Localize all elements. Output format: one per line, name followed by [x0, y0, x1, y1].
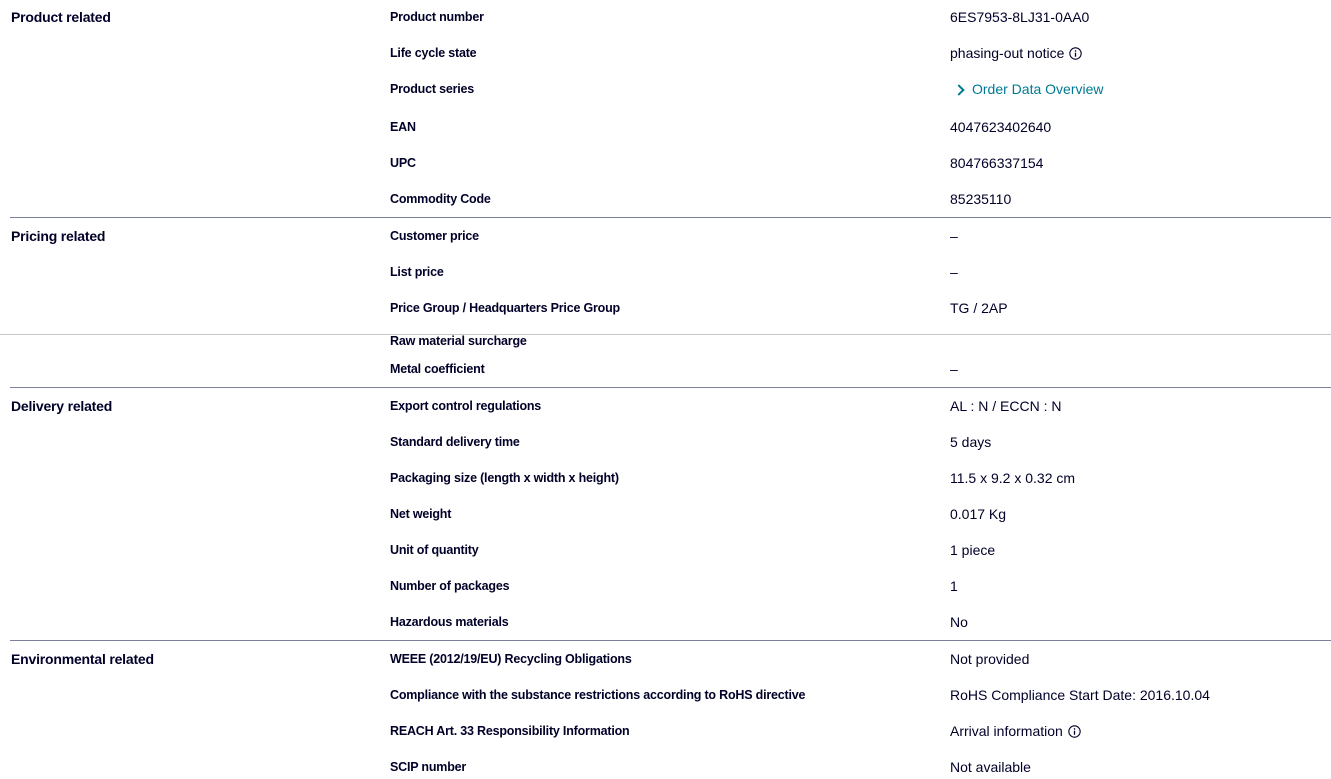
- label-commodity-code: Commodity Code: [390, 192, 491, 206]
- value-net-weight: 0.017 Kg: [950, 506, 1006, 522]
- row-commodity-code: Commodity Code 85235110: [0, 191, 1331, 211]
- row-unit-of-quantity: Unit of quantity 1 piece: [0, 542, 1331, 562]
- row-number-of-packages: Number of packages 1: [0, 578, 1331, 598]
- label-customer-price: Customer price: [390, 229, 479, 243]
- row-customer-price: Customer price –: [0, 228, 1331, 248]
- row-packaging-size: Packaging size (length x width x height)…: [0, 470, 1331, 490]
- label-list-price: List price: [390, 265, 444, 279]
- row-rohs: Compliance with the substance restrictio…: [0, 687, 1331, 707]
- label-raw-material-surcharge: Raw material surcharge: [390, 334, 527, 348]
- value-list-price: –: [950, 264, 958, 280]
- life-cycle-state-text: phasing-out notice: [950, 45, 1064, 61]
- row-standard-delivery-time: Standard delivery time 5 days: [0, 434, 1331, 454]
- row-reach: REACH Art. 33 Responsibility Information…: [0, 723, 1331, 743]
- label-weee: WEEE (2012/19/EU) Recycling Obligations: [390, 652, 632, 666]
- value-unit-of-quantity: 1 piece: [950, 542, 995, 558]
- row-product-series: Product series Order Data Overview: [0, 81, 1331, 101]
- value-customer-price: –: [950, 228, 958, 244]
- chevron-right-icon: [953, 84, 964, 95]
- label-price-group: Price Group / Headquarters Price Group: [390, 301, 620, 315]
- label-packaging-size: Packaging size (length x width x height): [390, 471, 619, 485]
- value-upc: 804766337154: [950, 155, 1043, 171]
- value-reach: Arrival information: [950, 723, 1081, 739]
- label-scip-number: SCIP number: [390, 760, 466, 774]
- label-ean: EAN: [390, 120, 416, 134]
- order-data-overview-link[interactable]: Order Data Overview: [955, 81, 1103, 97]
- reach-value-text: Arrival information: [950, 723, 1063, 739]
- section-divider: [10, 217, 1331, 218]
- label-product-number: Product number: [390, 10, 484, 24]
- label-number-of-packages: Number of packages: [390, 579, 509, 593]
- row-upc: UPC 804766337154: [0, 155, 1331, 175]
- label-metal-coefficient: Metal coefficient: [390, 362, 485, 376]
- info-icon[interactable]: [1068, 725, 1081, 738]
- row-scip-number: SCIP number Not available: [0, 759, 1331, 779]
- label-net-weight: Net weight: [390, 507, 451, 521]
- row-list-price: List price –: [0, 264, 1331, 284]
- label-reach: REACH Art. 33 Responsibility Information: [390, 724, 629, 738]
- value-product-number: 6ES7953-8LJ31-0AA0: [950, 9, 1089, 25]
- row-product-number: Product number 6ES7953-8LJ31-0AA0: [0, 9, 1331, 29]
- value-metal-coefficient: –: [950, 361, 958, 377]
- row-weee: WEEE (2012/19/EU) Recycling Obligations …: [0, 651, 1331, 671]
- info-icon[interactable]: [1069, 47, 1082, 60]
- label-unit-of-quantity: Unit of quantity: [390, 543, 478, 557]
- label-upc: UPC: [390, 156, 416, 170]
- label-product-series: Product series: [390, 82, 474, 96]
- label-life-cycle-state: Life cycle state: [390, 46, 476, 60]
- section-divider: [10, 640, 1331, 641]
- value-rohs: RoHS Compliance Start Date: 2016.10.04: [950, 687, 1210, 703]
- label-standard-delivery-time: Standard delivery time: [390, 435, 520, 449]
- value-scip-number: Not available: [950, 759, 1031, 775]
- row-price-group: Price Group / Headquarters Price Group T…: [0, 300, 1331, 320]
- row-metal-coefficient: Metal coefficient –: [0, 361, 1331, 381]
- row-net-weight: Net weight 0.017 Kg: [0, 506, 1331, 526]
- label-export-control: Export control regulations: [390, 399, 541, 413]
- value-hazardous-materials: No: [950, 614, 968, 630]
- order-data-overview-text[interactable]: Order Data Overview: [972, 81, 1103, 97]
- value-ean: 4047623402640: [950, 119, 1051, 135]
- value-number-of-packages: 1: [950, 578, 958, 594]
- row-ean: EAN 4047623402640: [0, 119, 1331, 139]
- row-hazardous-materials: Hazardous materials No: [0, 614, 1331, 634]
- value-price-group: TG / 2AP: [950, 300, 1008, 316]
- value-export-control: AL : N / ECCN : N: [950, 398, 1062, 414]
- label-hazardous-materials: Hazardous materials: [390, 615, 508, 629]
- value-standard-delivery-time: 5 days: [950, 434, 991, 450]
- row-raw-material-surcharge: Raw material surcharge: [0, 333, 1331, 353]
- section-divider: [10, 387, 1331, 388]
- label-rohs: Compliance with the substance restrictio…: [390, 688, 805, 702]
- row-life-cycle-state: Life cycle state phasing-out notice: [0, 45, 1331, 65]
- value-commodity-code: 85235110: [950, 191, 1011, 207]
- row-export-control: Export control regulations AL : N / ECCN…: [0, 398, 1331, 418]
- value-life-cycle-state: phasing-out notice: [950, 45, 1082, 61]
- value-weee: Not provided: [950, 651, 1029, 667]
- value-packaging-size: 11.5 x 9.2 x 0.32 cm: [950, 470, 1075, 486]
